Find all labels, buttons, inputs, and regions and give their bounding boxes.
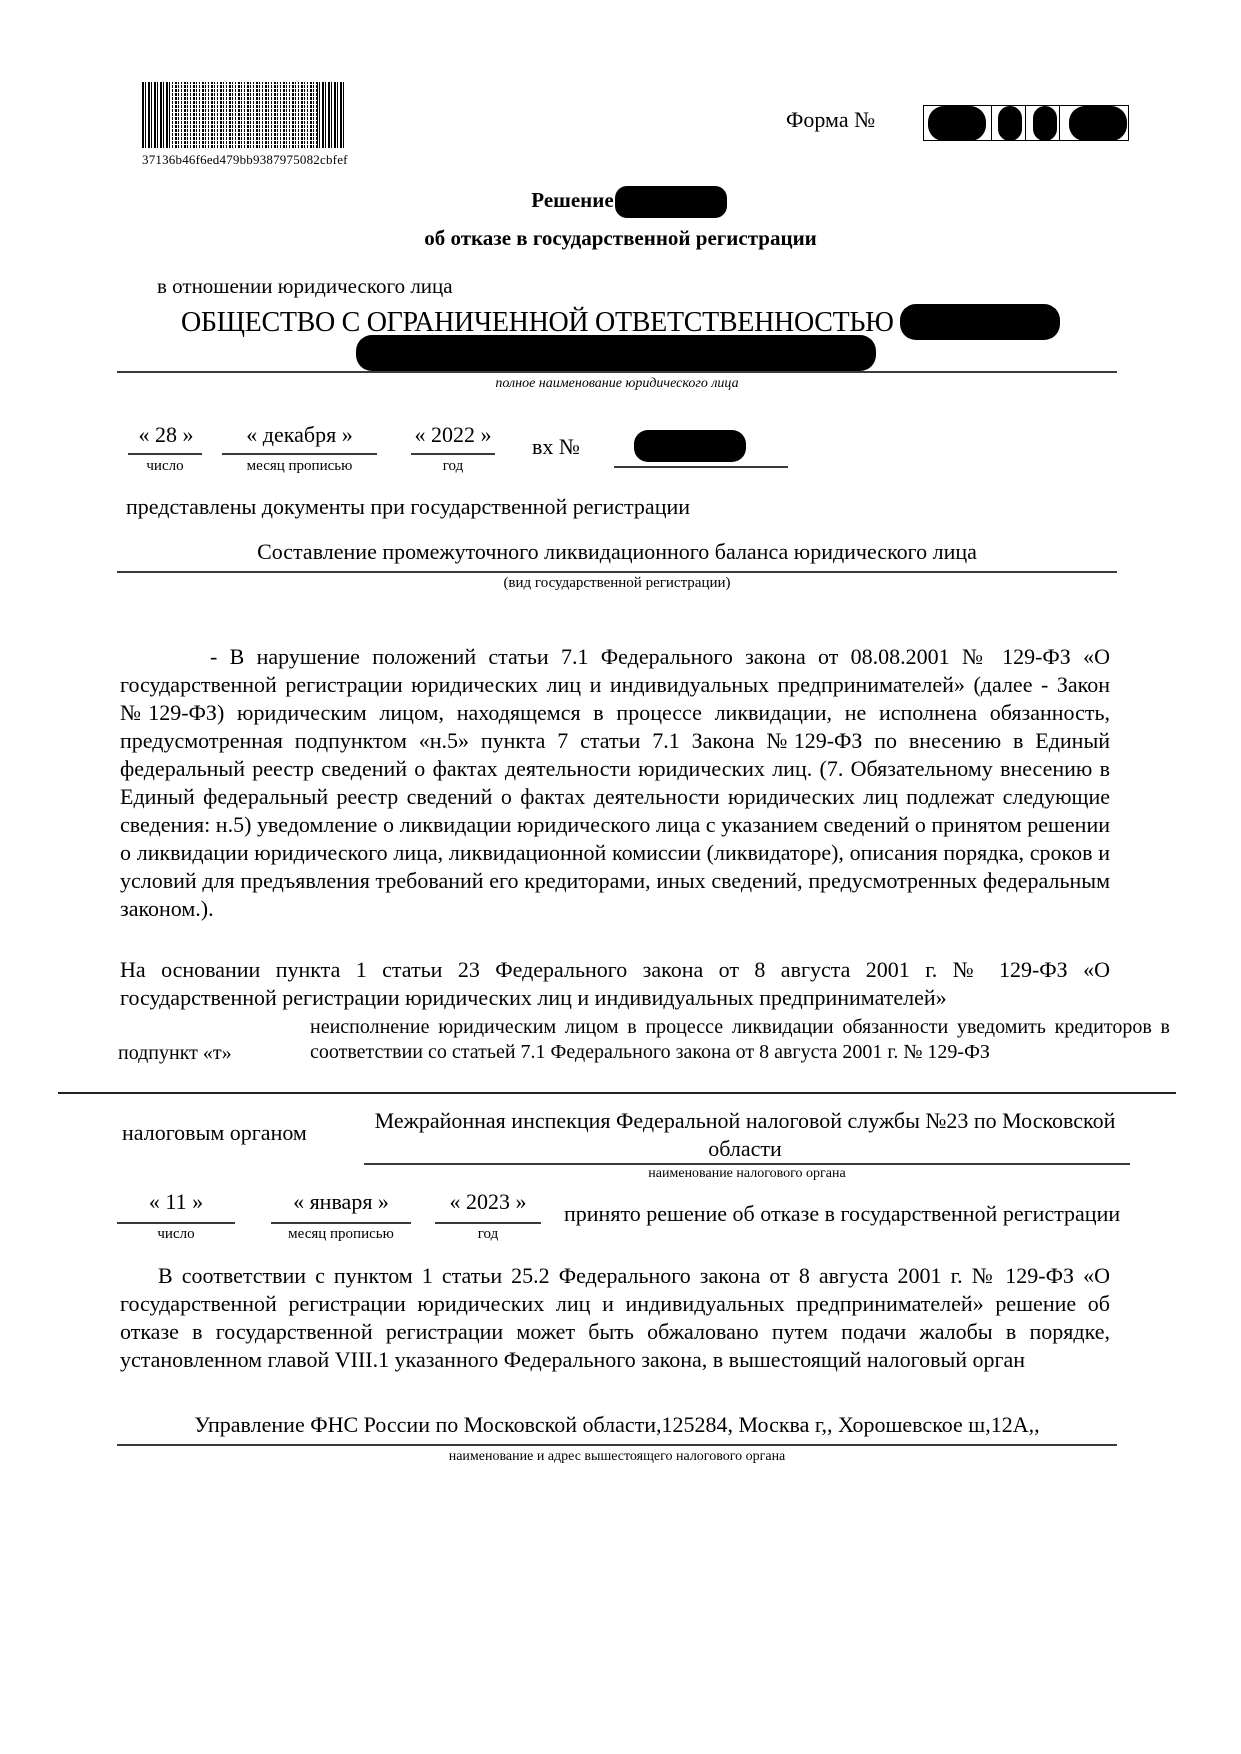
higher-authority-caption: наименование и адрес вышестоящего налого… [117,1449,1117,1465]
higher-authority: Управление ФНС России по Московской обла… [117,1412,1117,1438]
incoming-number-label: вх № [532,434,580,460]
month-caption: месяц прописью [222,458,377,475]
divider [271,1222,411,1224]
year-caption: год [411,458,495,475]
submission-year: « 2022 » [411,422,495,448]
form-number-label: Форма № [786,107,875,133]
tax-authority-name: Межрайонная инспекция Федеральной налого… [370,1107,1120,1163]
redaction-block [615,186,727,218]
title-line1: Решение [531,188,613,212]
redaction-block [900,304,1060,340]
documents-text: представлены документы при государственн… [126,494,690,520]
submission-day: « 28 » [128,422,204,448]
decision-day: « 11 » [117,1189,235,1215]
divider [435,1222,541,1224]
appeal-paragraph: В соответствии с пунктом 1 статьи 25.2 Ф… [120,1262,1110,1374]
subpoint-text: неисполнение юридическим лицом в процесс… [310,1015,1170,1065]
redaction-block [1033,106,1057,141]
divider [117,1444,1117,1446]
month-caption: месяц прописью [271,1226,411,1243]
document-subtitle: об отказе в государственной регистрации [0,226,1241,251]
barcode-id: 37136b46f6ed479bb9387975082cbfef [142,152,348,168]
submission-month: « декабря » [222,422,377,448]
divider [117,371,1117,373]
divider [58,1092,1176,1094]
divider [222,453,377,455]
day-caption: число [117,1226,235,1243]
year-caption: год [435,1226,541,1243]
divider [128,453,202,455]
entity-caption: полное наименование юридического лица [117,376,1117,392]
decision-year: « 2023 » [435,1189,541,1215]
redaction-block [356,335,876,371]
day-caption: число [128,458,202,475]
divider [411,453,495,455]
divider [117,1222,235,1224]
divider [614,466,788,468]
divider [364,1163,1130,1165]
divider [117,571,1117,573]
redaction-block [1069,106,1127,141]
registration-type-caption: (вид государственной регистрации) [117,575,1117,592]
redaction-block [634,430,746,462]
barcode [142,82,344,148]
registration-type: Составление промежуточного ликвидационно… [117,539,1117,565]
basis-paragraph: На основании пункта 1 статьи 23 Федераль… [120,956,1110,1012]
subpoint-label: подпункт «т» [118,1042,232,1065]
violation-paragraph: - В нарушение положений статьи 7.1 Федер… [120,643,1110,923]
redaction-block [928,106,986,141]
decision-month: « января » [271,1189,411,1215]
entity-relation-label: в отношении юридического лица [157,274,453,299]
tax-authority-label: налоговым органом [122,1120,307,1146]
decision-text: принято решение об отказе в государствен… [564,1201,1120,1227]
tax-authority-caption: наименование налогового органа [364,1166,1130,1182]
redaction-block [998,106,1022,141]
